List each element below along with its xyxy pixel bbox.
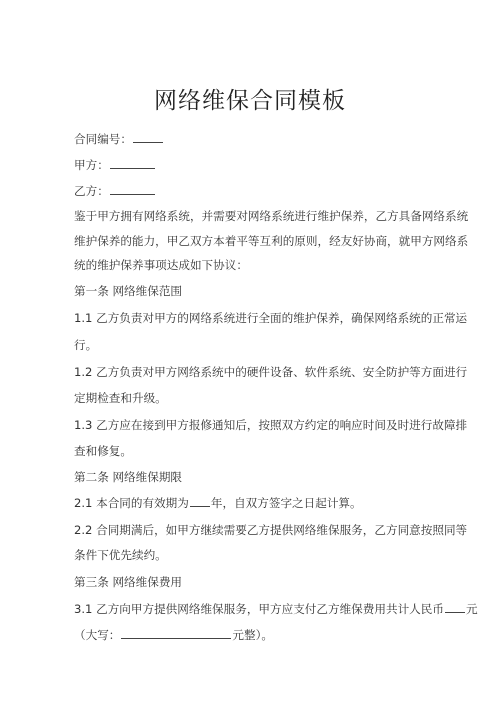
clause-1-3: 1.3 乙方应在接到甲方报修通知后，按照双方约定的响应时间及时进行故障排	[74, 417, 467, 433]
clause-3-1-text-end: 元	[466, 602, 478, 616]
party-a-field: 甲方：	[74, 157, 156, 173]
clause-3-1-text: 3.1 乙方向甲方提供网络维保服务，甲方应支付乙方维保费用共计人民币	[74, 602, 444, 616]
clause-2-2-cont: 条件下优先续约。	[74, 547, 167, 563]
article-2-heading: 第二条 网络维保期限	[74, 469, 182, 485]
party-a-label: 甲方：	[74, 158, 109, 172]
validity-years-blank[interactable]	[190, 495, 210, 507]
contract-number-blank[interactable]	[133, 131, 163, 143]
clause-3-1: 3.1 乙方向甲方提供网络维保服务，甲方应支付乙方维保费用共计人民币元	[74, 601, 478, 617]
preamble-line: 维护保养的能力，甲乙双方本着平等互利的原则，经友好协商，就甲方网络系	[74, 233, 468, 249]
clause-3-1-cont: （大写：元整）。	[74, 627, 273, 643]
clause-2-2: 2.2 合同期满后，如甲方继续需要乙方提供网络维保服务，乙方同意按照同等	[74, 522, 467, 538]
party-a-blank[interactable]	[110, 157, 155, 169]
fee-uppercase-end: 元整）。	[232, 628, 273, 642]
clause-1-1: 1.1 乙方负责对甲方的网络系统进行全面的维护保养，确保网络系统的正常运	[74, 310, 467, 326]
contract-number-label: 合同编号：	[74, 132, 132, 146]
preamble-line: 统的维护保养事项达成如下协议：	[74, 257, 248, 273]
fee-amount-blank[interactable]	[445, 601, 465, 613]
clause-1-2: 1.2 乙方负责对甲方网络系统中的硬件设备、软件系统、安全防护等方面进行	[74, 364, 467, 380]
document-title: 网络维保合同模板	[0, 82, 500, 115]
fee-uppercase-label: （大写：	[74, 628, 120, 642]
clause-2-1-text-end: 年，自双方签字之日起计算。	[211, 496, 362, 510]
clause-1-2-cont: 定期检查和升级。	[74, 390, 167, 406]
article-1-heading: 第一条 网络维保范围	[74, 283, 182, 299]
article-3-heading: 第三条 网络维保费用	[74, 574, 182, 590]
party-b-field: 乙方：	[74, 183, 156, 199]
fee-uppercase-blank[interactable]	[121, 627, 231, 639]
party-b-label: 乙方：	[74, 184, 109, 198]
clause-2-1: 2.1 本合同的有效期为年，自双方签字之日起计算。	[74, 495, 362, 511]
party-b-blank[interactable]	[110, 183, 155, 195]
clause-1-1-cont: 行。	[74, 337, 97, 353]
clause-2-1-text: 2.1 本合同的有效期为	[74, 496, 189, 510]
contract-number-field: 合同编号：	[74, 131, 164, 147]
preamble-line: 鉴于甲方拥有网络系统，并需要对网络系统进行维护保养，乙方具备网络系统	[74, 208, 468, 224]
clause-1-3-cont: 查和修复。	[74, 443, 132, 459]
